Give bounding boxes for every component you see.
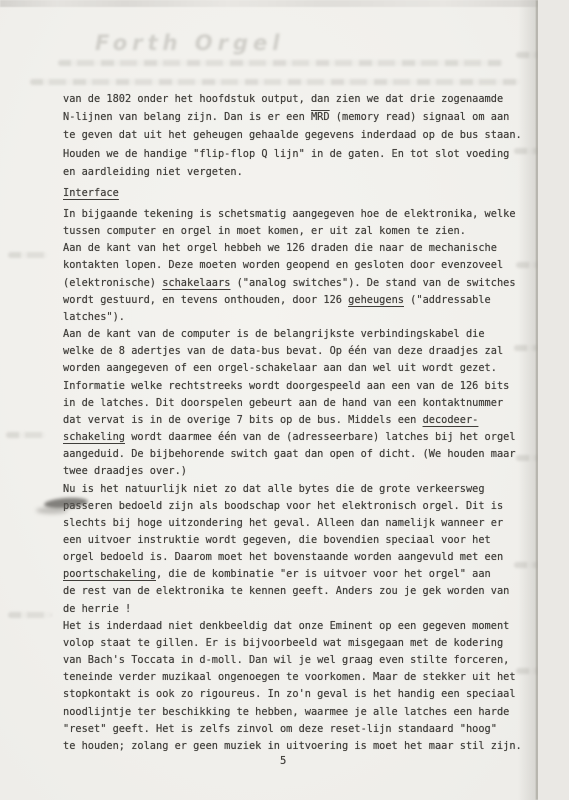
text-line: tussen computer en orgel in moet komen, … [63, 223, 522, 240]
bleed-through-mark [58, 60, 503, 66]
bleed-through-mark [30, 79, 520, 85]
bleed-through-title: Forth Orgel [95, 31, 395, 55]
text-line: te geven dat uit het geheugen gehaalde g… [63, 126, 522, 144]
text-line: worden aangegeven of een orgel-schakelaa… [63, 360, 522, 377]
text-line: wordt gestuurd, en tevens onthouden, doo… [63, 292, 522, 309]
text-line: de rest van de elektronika te kennen gee… [63, 583, 522, 600]
text-line: noodlijntje ter beschikking te hebben, w… [63, 704, 522, 721]
text-line: van Bach's Toccata in d-moll. Dan wil je… [63, 652, 522, 669]
ink-smudge [36, 507, 68, 514]
paragraph-output-lines: van de 1802 onder het hoofdstuk output, … [63, 90, 522, 181]
text-line: Aan de kant van de computer is de belang… [63, 326, 522, 343]
text-line: poortschakeling, die de kombinatie "er i… [63, 566, 522, 583]
text-line: te houden; zolang er geen muziek in uitv… [63, 738, 522, 755]
text-line: kontakten lopen. Deze moeten worden geop… [63, 257, 522, 274]
page-curl-shadow [518, 0, 536, 800]
text-line: N-lijnen van belang zijn. Dan is er een … [63, 108, 522, 126]
text-line: een uitvoer instruktie wordt gegeven, di… [63, 532, 522, 549]
text-line: stopkontakt is ook zo rigoureus. In zo'n… [63, 686, 522, 703]
bleed-through-mark [6, 432, 46, 438]
bleed-through-mark [8, 252, 48, 258]
bleed-through-mark [8, 612, 52, 618]
scanned-document-page: Forth Orgel van de 1802 onder het hoofds… [0, 0, 569, 800]
text-line: in de latches. Dit doorspelen gebeurt aa… [63, 395, 522, 412]
text-line: Aan de kant van het orgel hebbeh we 126 … [63, 240, 522, 257]
text-line: de herrie ! [63, 601, 522, 618]
text-line: aangeduid. De bijbehorende switch gaat d… [63, 446, 522, 463]
scan-top-edge-shadow [0, 0, 569, 7]
text-line: dat vervat is in de overige 7 bits op de… [63, 412, 522, 429]
text-line: Houden we de handige "flip-flop Q lijn" … [63, 145, 522, 163]
section-heading: Interface [63, 186, 119, 200]
text-line: en aardleiding niet vergeten. [63, 163, 522, 181]
text-line: van de 1802 onder het hoofdstuk output, … [63, 90, 522, 108]
paragraph-interface: In bijgaande tekening is schetsmatig aan… [63, 206, 522, 755]
text-line: teneinde verder muzikaal ongenoegen te v… [63, 669, 522, 686]
text-line: passeren bedoeld zijn als boodschap voor… [63, 498, 522, 515]
text-line: slechts bij hoge uitzondering het geval.… [63, 515, 522, 532]
text-line: "reset" geeft. Het is zelfs zinvol om de… [63, 721, 522, 738]
text-line: Nu is het natuurlijk niet zo dat alle by… [63, 481, 522, 498]
text-line: latches"). [63, 309, 522, 326]
text-line: schakeling wordt daarmee één van de (adr… [63, 429, 522, 446]
page-number: 5 [280, 755, 286, 767]
text-line: orgel bedoeld is. Daarom moet het bovens… [63, 549, 522, 566]
scanner-margin [538, 0, 569, 800]
text-line: Informatie welke rechtstreeks wordt door… [63, 378, 522, 395]
text-line: In bijgaande tekening is schetsmatig aan… [63, 206, 522, 223]
text-line: (elektronische) schakelaars ("analog swi… [63, 275, 522, 292]
text-line: Het is inderdaad niet denkbeeldig dat on… [63, 618, 522, 635]
text-line: welke de 8 adertjes van de data-bus beva… [63, 343, 522, 360]
text-line: volop staat te gillen. Er is bijvoorbeel… [63, 635, 522, 652]
text-line: twee draadjes over.) [63, 463, 522, 480]
